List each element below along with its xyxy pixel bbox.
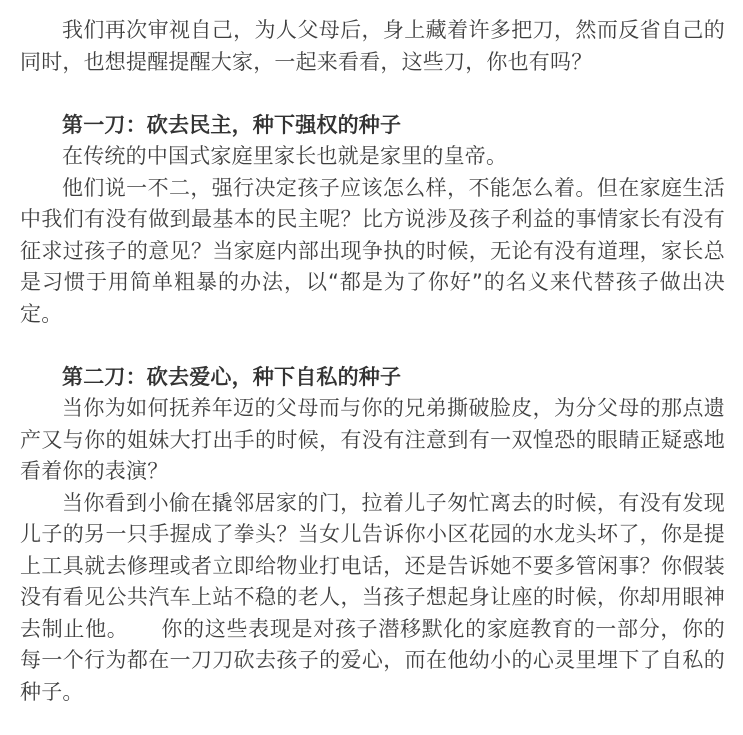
section-2-paragraph-2: 当你看到小偷在撬邻居家的门，拉着儿子匆忙离去的时候，有没有发现儿子的另一只手握成… [20, 488, 725, 709]
section-2-heading: 第二刀：砍去爱心，种下自私的种子 [20, 362, 725, 394]
section-2-paragraph-1: 当你为如何抚养年迈的父母而与你的兄弟撕破脸皮，为分父母的那点遗产又与你的姐妹大打… [20, 393, 725, 488]
spacer [20, 78, 725, 110]
section-1-paragraph-2: 他们说一不二，强行决定孩子应该怎么样，不能怎么着。但在家庭生活中我们有没有做到最… [20, 173, 725, 331]
spacer [20, 330, 725, 362]
section-1-paragraph-1: 在传统的中国式家庭里家长也就是家里的皇帝。 [20, 141, 725, 173]
intro-paragraph: 我们再次审视自己，为人父母后，身上藏着许多把刀，然而反省自己的同时，也想提醒提醒… [20, 15, 725, 78]
article-body: 我们再次审视自己，为人父母后，身上藏着许多把刀，然而反省自己的同时，也想提醒提醒… [20, 15, 725, 708]
section-1-heading: 第一刀：砍去民主，种下强权的种子 [20, 110, 725, 142]
